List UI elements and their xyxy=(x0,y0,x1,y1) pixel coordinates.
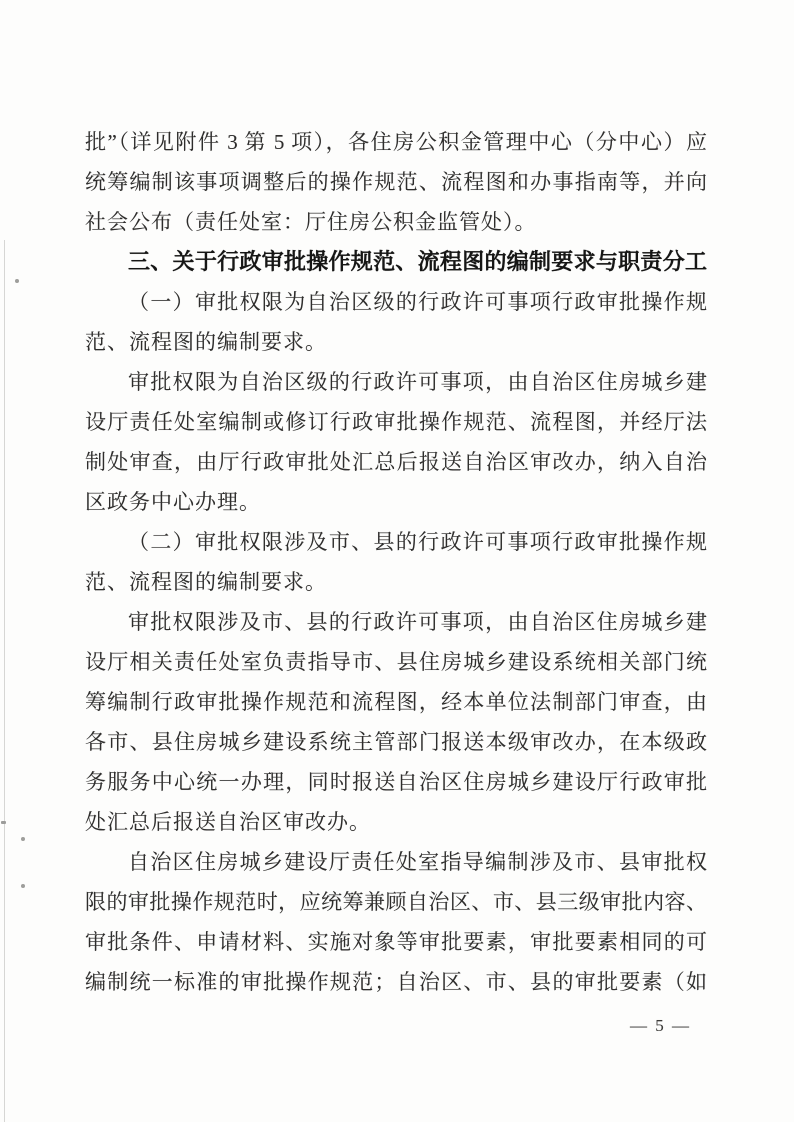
text-line: 范、流程图的编制要求。 xyxy=(85,562,707,602)
scan-speck xyxy=(15,279,19,283)
scan-edge-tick xyxy=(1,821,6,824)
text-line: 筹编制行政审批操作规范和流程图，经本单位法制部门审查，由 xyxy=(85,682,707,722)
scan-speck xyxy=(21,837,25,841)
text-line: 批”（详见附件 3 第 5 项），各住房公积金管理中心（分中心）应 xyxy=(85,122,707,162)
text-line: （二）审批权限涉及市、县的行政许可事项行政审批操作规 xyxy=(85,522,707,562)
text-line: 范、流程图的编制要求。 xyxy=(85,322,707,362)
text-line: 各市、县住房城乡建设系统主管部门报送本级审改办，在本级政 xyxy=(85,722,707,762)
text-line: 审批权限为自治区级的行政许可事项，由自治区住房城乡建 xyxy=(85,362,707,402)
text-line: 审批条件、申请材料、实施对象等审批要素，审批要素相同的可 xyxy=(85,922,707,962)
text-line: 社会公布（责任处室：厅住房公积金监管处）。 xyxy=(85,202,707,242)
section-heading: 三、关于行政审批操作规范、流程图的编制要求与职责分工 xyxy=(85,242,707,282)
text-line: 制处审查，由厅行政审批处汇总后报送自治区审改办，纳入自治 xyxy=(85,442,707,482)
page-number: — 5 — xyxy=(630,1016,691,1036)
text-line: 处汇总后报送自治区审改办。 xyxy=(85,802,707,842)
scan-edge-line xyxy=(4,240,5,1122)
text-line: （一）审批权限为自治区级的行政许可事项行政审批操作规 xyxy=(85,282,707,322)
text-line: 审批权限涉及市、县的行政许可事项，由自治区住房城乡建 xyxy=(85,602,707,642)
text-line: 限的审批操作规范时，应统筹兼顾自治区、市、县三级审批内容、 xyxy=(85,882,707,922)
text-line: 务服务中心统一办理，同时报送自治区住房城乡建设厅行政审批 xyxy=(85,762,707,802)
text-line: 统筹编制该事项调整后的操作规范、流程图和办事指南等，并向 xyxy=(85,162,707,202)
document-body: 批”（详见附件 3 第 5 项），各住房公积金管理中心（分中心）应统筹编制该事项… xyxy=(85,122,707,1002)
text-line: 区政务中心办理。 xyxy=(85,482,707,522)
text-line: 设厅责任处室编制或修订行政审批操作规范、流程图，并经厅法 xyxy=(85,402,707,442)
text-line: 设厅相关责任处室负责指导市、县住房城乡建设系统相关部门统 xyxy=(85,642,707,682)
text-line: 编制统一标准的审批操作规范；自治区、市、县的审批要素（如 xyxy=(85,962,707,1002)
scanned-page: 批”（详见附件 3 第 5 项），各住房公积金管理中心（分中心）应统筹编制该事项… xyxy=(0,0,794,1122)
scan-speck xyxy=(21,884,25,888)
text-line: 自治区住房城乡建设厅责任处室指导编制涉及市、县审批权 xyxy=(85,842,707,882)
